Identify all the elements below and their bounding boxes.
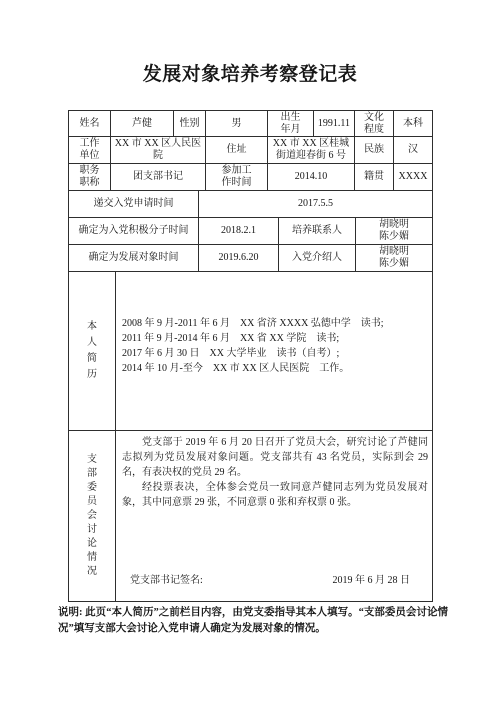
page-title: 发展对象培养考察登记表: [0, 59, 500, 86]
position-label-text: 职务职称: [80, 165, 100, 189]
row-application: 递交入党申请时间 2017.5.5: [69, 191, 432, 218]
signature-date: 2019 年 6 月 28 日: [333, 575, 411, 587]
address-label: 住址: [206, 137, 268, 163]
application-value: 2017.5.5: [199, 191, 432, 217]
branch-discussion-label-text: 支部委员会讨论情况: [86, 453, 98, 579]
ethnicity-label: 民族: [355, 137, 394, 163]
activist-label: 确定为入党积极分子时间: [69, 218, 199, 244]
position-value: 团支部书记: [111, 164, 206, 190]
work-start-label-text: 参加工作时间: [222, 165, 252, 189]
gender-value: 男: [206, 111, 268, 136]
name-label: 姓名: [69, 111, 111, 136]
resume-line-1: 2008 年 9 月-2011 年 6 月 XX 省济 XXXX 弘德中学 读书…: [122, 316, 428, 331]
birth-label-text: 出生年月: [281, 112, 301, 136]
position-label: 职务职称: [69, 164, 111, 190]
education-value: 本科: [394, 111, 432, 136]
gender-label: 性别: [174, 111, 206, 136]
row-branch-discussion: 支部委员会讨论情况 党支部于 2019 年 6 月 20 日召开了党员大会，研究…: [69, 431, 432, 601]
name-value: 芦健: [111, 111, 174, 136]
work-start-value: 2014.10: [268, 164, 355, 190]
education-label: 文化程度: [355, 111, 394, 136]
native-place-label: 籍贯: [355, 164, 394, 190]
birth-value: 1991.11: [314, 111, 355, 136]
application-label: 递交入党申请时间: [69, 191, 199, 217]
resume-line-2: 2011 年 9 月-2014 年 6 月 XX 省 XX 学院 读书;: [122, 331, 428, 346]
contact-label: 培养联系人: [279, 218, 356, 244]
row-position: 职务职称 团支部书记 参加工作时间 2014.10 籍贯 XXXX: [69, 164, 432, 191]
work-start-label: 参加工作时间: [206, 164, 268, 190]
registration-table: 姓名 芦健 性别 男 出生年月 1991.11 文化程度 本科 工作单位 XX …: [68, 110, 433, 602]
signature-row: 党支部书记签名: 2019 年 6 月 28 日: [130, 575, 410, 587]
branch-paragraph-2: 经投票表决，全体参会党员一致同意芦健同志列为党员发展对象，其中同意票 29 张，…: [122, 480, 428, 510]
development-label: 确定为发展对象时间: [69, 245, 199, 271]
introducer-label: 入党介绍人: [279, 245, 356, 271]
work-unit-label-text: 工作单位: [80, 138, 100, 162]
branch-discussion-label: 支部委员会讨论情况: [69, 431, 116, 601]
birth-label: 出生年月: [268, 111, 314, 136]
work-unit-label: 工作单位: [69, 137, 111, 163]
branch-discussion-content: 党支部于 2019 年 6 月 20 日召开了党员大会，研究讨论了芦健同志拟列为…: [116, 431, 432, 601]
signature-label: 党支部书记签名:: [130, 575, 203, 587]
resume-label-text: 本人简历: [86, 319, 98, 383]
branch-paragraph-1: 党支部于 2019 年 6 月 20 日召开了党员大会，研究讨论了芦健同志拟列为…: [122, 435, 428, 480]
row-resume: 本人简历 2008 年 9 月-2011 年 6 月 XX 省济 XXXX 弘德…: [69, 272, 432, 431]
row-development: 确定为发展对象时间 2019.6.20 入党介绍人 胡晓明 陈少媚: [69, 245, 432, 272]
form-page: 发展对象培养考察登记表 姓名 芦健 性别 男 出生年月 1991.11 文化程度…: [0, 0, 500, 707]
ethnicity-value: 汉: [394, 137, 432, 163]
footnote: 说明: 此页“本人简历”之前栏目内容，由党支委指导其本人填写。“支部委员会讨论情…: [58, 605, 448, 637]
resume-content: 2008 年 9 月-2011 年 6 月 XX 省济 XXXX 弘德中学 读书…: [116, 272, 432, 430]
development-value: 2019.6.20: [199, 245, 279, 271]
education-label-text: 文化程度: [364, 112, 384, 136]
work-unit-value: XX 市 XX 区人民医院: [111, 137, 206, 163]
row-work-unit: 工作单位 XX 市 XX 区人民医院 住址 XX 市 XX 区桂城街道迎春街 6…: [69, 137, 432, 164]
row-activist: 确定为入党积极分子时间 2018.2.1 培养联系人 胡晓明 陈少媚: [69, 218, 432, 245]
introducer-value: 胡晓明 陈少媚: [356, 245, 432, 271]
resume-line-3: 2017 年 6 月 30 日 XX 大学毕业 读书（自考）;: [122, 346, 428, 361]
resume-line-4: 2014 年 10 月-至今 XX 市 XX 区人民医院 工作。: [122, 361, 428, 376]
resume-label: 本人简历: [69, 272, 116, 430]
row-name: 姓名 芦健 性别 男 出生年月 1991.11 文化程度 本科: [69, 111, 432, 137]
activist-value: 2018.2.1: [199, 218, 279, 244]
contact-value: 胡晓明 陈少媚: [356, 218, 432, 244]
native-place-value: XXXX: [394, 164, 432, 190]
address-value: XX 市 XX 区桂城街道迎春街 6 号: [268, 137, 355, 163]
